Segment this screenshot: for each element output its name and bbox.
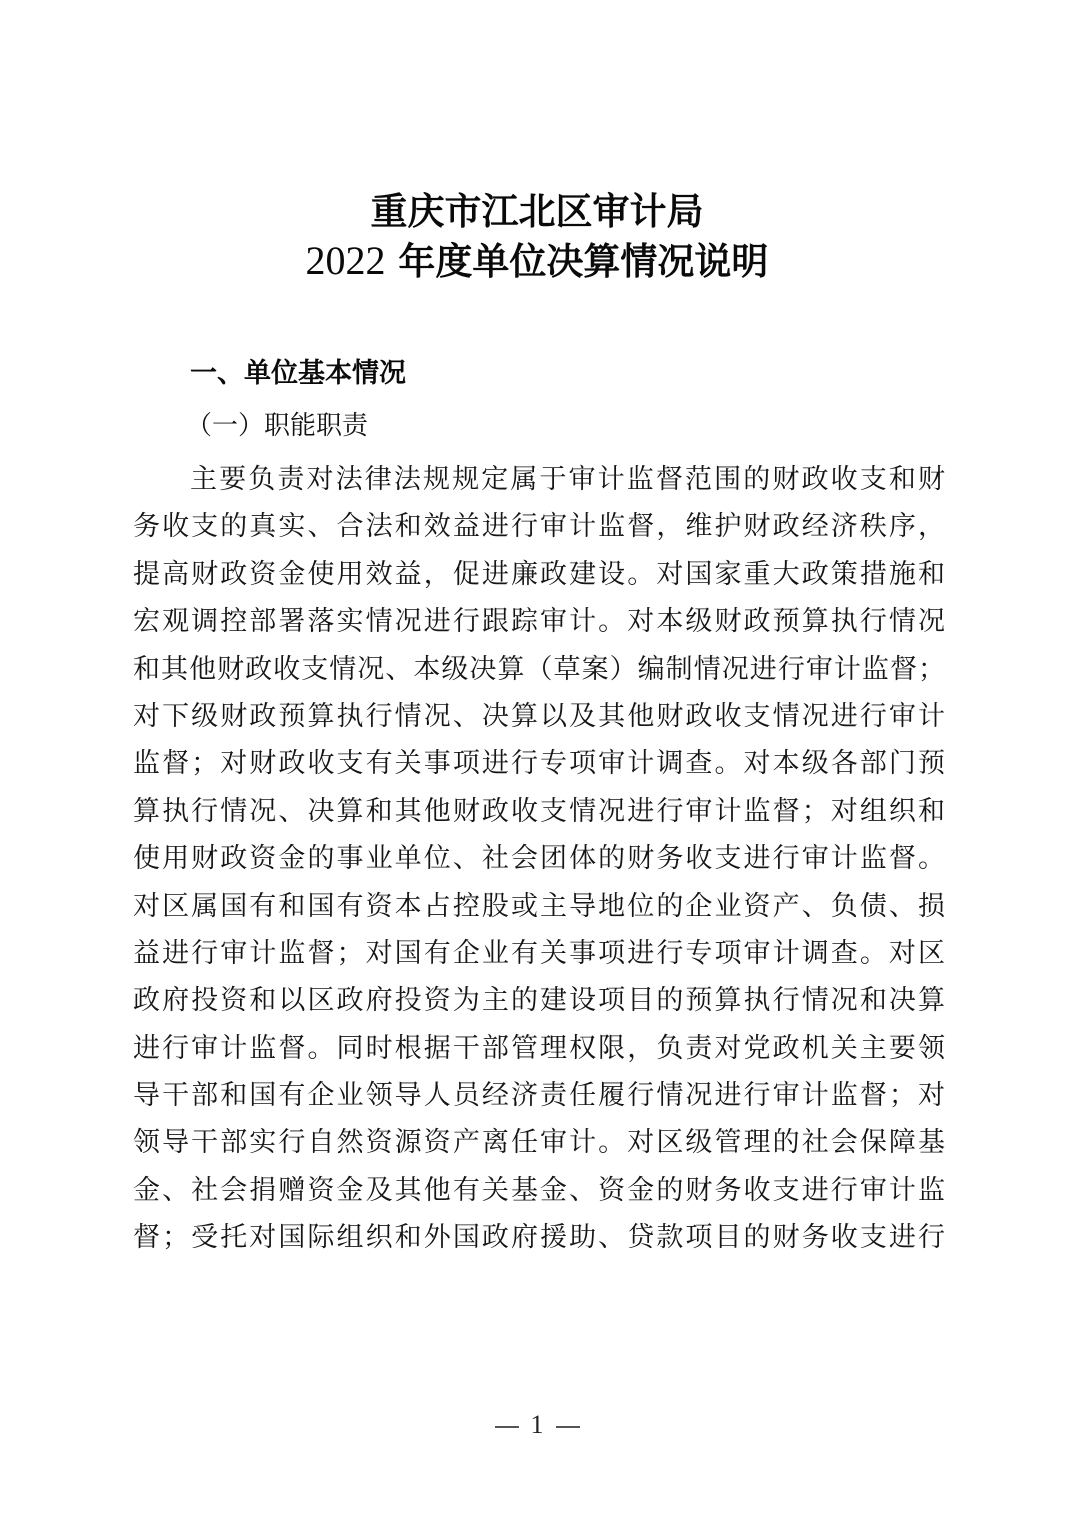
body-line: 对下级财政预算执行情况、决算以及其他财政收支情况进行审计 [133, 693, 945, 740]
body-line: 提高财政资金使用效益，促进廉政建设。对国家重大政策措施和 [133, 551, 945, 598]
body-line: 务收支的真实、合法和效益进行审计监督，维护财政经济秩序， [133, 503, 945, 550]
body-line: 金、社会捐赠资金及其他有关基金、资金的财务收支进行审计监 [133, 1167, 945, 1214]
section-heading: 一、单位基本情况 [190, 354, 406, 394]
body-line: 监督；对财政收支有关事项进行专项审计调查。对本级各部门预 [133, 740, 945, 787]
title-subject: 年度单位决算情况说明 [386, 239, 769, 283]
body-line: 算执行情况、决算和其他财政收支情况进行审计监督；对组织和 [133, 788, 945, 835]
title-year: 2022 [306, 238, 386, 283]
dash-left [495, 1426, 519, 1428]
document-title-line1: 重庆市江北区审计局 [0, 186, 1074, 236]
page-number: 1 [531, 1410, 544, 1439]
body-paragraph: 主要负责对法律法规规定属于审计监督范围的财政收支和财 务收支的真实、合法和效益进… [133, 456, 945, 1262]
body-line: 进行审计监督。同时根据干部管理权限，负责对党政机关主要领 [133, 1025, 945, 1072]
body-line: 使用财政资金的事业单位、社会团体的财务收支进行审计监督。 [133, 835, 945, 882]
body-line: 和其他财政收支情况、本级决算（草案）编制情况进行审计监督； [133, 646, 945, 693]
body-line: 督；受托对国际组织和外国政府援助、贷款项目的财务收支进行 [133, 1214, 945, 1261]
body-line: 政府投资和以区政府投资为主的建设项目的预算执行情况和决算 [133, 977, 945, 1024]
body-line: 对区属国有和国有资本占控股或主导地位的企业资产、负债、损 [133, 883, 945, 930]
body-line: 领导干部实行自然资源资产离任审计。对区级管理的社会保障基 [133, 1119, 945, 1166]
document-title-line2: 2022 年度单位决算情况说明 [0, 236, 1074, 286]
dash-right [556, 1426, 580, 1428]
body-line: 益进行审计监督；对国有企业有关事项进行专项审计调查。对区 [133, 930, 945, 977]
page-footer: 1 [0, 1410, 1074, 1440]
body-line: 宏观调控部署落实情况进行跟踪审计。对本级财政预算执行情况 [133, 598, 945, 645]
body-line: 主要负责对法律法规规定属于审计监督范围的财政收支和财 [133, 456, 945, 503]
body-line: 导干部和国有企业领导人员经济责任履行情况进行审计监督；对 [133, 1072, 945, 1119]
subsection-heading: （一）职能职责 [186, 406, 368, 446]
